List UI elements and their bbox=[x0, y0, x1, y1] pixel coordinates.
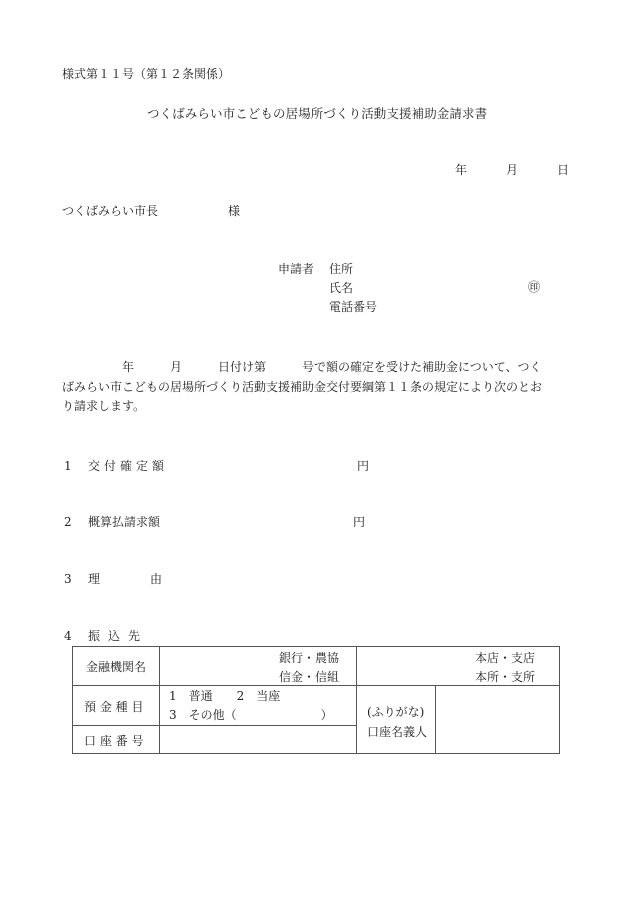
item-number: 1 bbox=[64, 460, 72, 472]
item-confirmed-amount-label: 交付確定額 bbox=[88, 460, 168, 472]
bank-transfer-table: 金融機関名 銀行・農協 信金・信組 本店・支店 本所・支所 預 金 種 目 1 … bbox=[72, 646, 560, 754]
applicant-name-label: 氏名 bbox=[329, 282, 353, 294]
paragraph-line: ばみらい市こどもの居場所づくり活動支援補助金交付要綱第１１条の規定により次のとお bbox=[62, 378, 582, 398]
item-number: 3 bbox=[64, 573, 72, 585]
applicant-label: 申請者 bbox=[278, 263, 314, 275]
date-year-label: 年 bbox=[455, 164, 467, 176]
paragraph-line: 年 月 日付け第 号で額の確定を受けた補助金について、つく bbox=[62, 358, 582, 378]
item-confirmed-amount-unit: 円 bbox=[357, 460, 369, 472]
account-holder-furigana-label: (ふりがな) bbox=[367, 706, 424, 718]
institution-type-options-1: 銀行・農協 bbox=[279, 652, 339, 664]
branch-type-options-2: 本所・支所 bbox=[475, 671, 535, 683]
branch-type-options-1: 本店・支店 bbox=[475, 652, 535, 664]
account-holder-label: 口座名義人 bbox=[367, 726, 427, 738]
item-number: 4 bbox=[64, 630, 72, 642]
account-number-label: 口 座 番 号 bbox=[84, 735, 143, 747]
account-type-label: 預 金 種 目 bbox=[84, 701, 143, 713]
item-advance-request-unit: 円 bbox=[353, 516, 365, 528]
addressee-name: つくばみらい市長 bbox=[62, 205, 158, 217]
applicant-phone-label: 電話番号 bbox=[329, 301, 377, 313]
table-divider bbox=[356, 647, 357, 753]
date-day-label: 日 bbox=[557, 164, 569, 176]
institution-type-options-2: 信金・信組 bbox=[279, 671, 339, 683]
paragraph-line: り請求します。 bbox=[62, 397, 582, 417]
form-number: 様式第１１号（第１２条関係） bbox=[62, 68, 230, 80]
account-type-options-1: 1 普通 2 当座 bbox=[169, 690, 280, 702]
table-divider bbox=[73, 685, 559, 686]
applicant-address-label: 住所 bbox=[329, 263, 353, 275]
item-transfer-destination-label: 振込先 bbox=[88, 630, 148, 642]
table-divider bbox=[73, 725, 356, 726]
addressee-honorific: 様 bbox=[228, 205, 240, 217]
item-advance-request-label: 概算払請求額 bbox=[88, 516, 160, 528]
request-paragraph: 年 月 日付け第 号で額の確定を受けた補助金について、つく ばみらい市こどもの居… bbox=[62, 358, 582, 417]
table-divider bbox=[435, 686, 436, 753]
institution-name-label: 金融機関名 bbox=[86, 661, 146, 673]
table-divider bbox=[159, 647, 160, 753]
item-number: 2 bbox=[64, 516, 72, 528]
document-title: つくばみらい市こどもの居場所づくり活動支援補助金請求書 bbox=[147, 108, 487, 121]
item-reason-label: 理 bbox=[88, 573, 100, 585]
account-type-options-3: 3 その他（ ） bbox=[169, 709, 333, 721]
seal-icon: ㊞ bbox=[528, 281, 540, 293]
date-month-label: 月 bbox=[506, 164, 518, 176]
item-reason-label-2: 由 bbox=[150, 573, 162, 585]
